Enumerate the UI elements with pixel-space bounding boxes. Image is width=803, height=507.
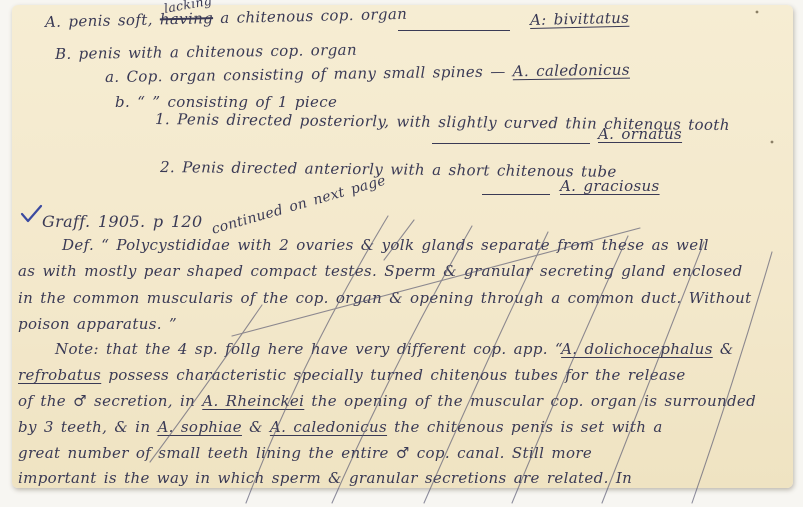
note-l2-text: possess characteristic specially turned … [101, 366, 685, 384]
note-line-4: by 3 teeth, & in A. sophiae & A. caledon… [18, 418, 663, 436]
definition-line-3: in the common muscularis of the cop. org… [18, 289, 752, 307]
note-l4-text2: the chitenous penis is set with a [387, 418, 663, 436]
citation-graff-1905: Graff. 1905. p 120 [42, 212, 202, 231]
note-l1-text: Note: that the 4 sp. follg here have ver… [55, 340, 561, 358]
key-a-corrected-word: having lacking [160, 9, 214, 28]
note-line-2: refrobatus possess characteristic specia… [18, 366, 686, 384]
key-a-text1: A. penis soft, [45, 11, 153, 31]
note-line-6: important is the way in which sperm & gr… [18, 469, 632, 487]
species-bivittatus: A: bivittatus [530, 9, 630, 29]
species-sophiae: A. sophiae [157, 418, 241, 436]
key-line-sub-b: b. “ ” consisting of 1 piece [115, 93, 337, 111]
species-caledonicus: A. caledonicus [513, 61, 630, 81]
definition-line-4: poison apparatus. ” [18, 315, 177, 333]
note-l1-amp: & [713, 340, 734, 358]
note-l3-text1: of the ♂ secretion, in [18, 392, 202, 410]
species-rheinckei: A. Rheinckei [202, 392, 304, 410]
note-l4-text1: by 3 teeth, & in [18, 418, 157, 436]
note-l3-text2: the opening of the muscular cop. organ i… [304, 392, 756, 410]
note-l4-amp: & [242, 418, 270, 436]
note-line-3: of the ♂ secretion, in A. Rheinckei the … [18, 392, 756, 410]
scanned-index-card-page: A. penis soft, having lacking a chitenou… [0, 0, 803, 507]
definition-line-1: Def. “ Polycystididae with 2 ovaries & y… [62, 236, 709, 254]
definition-line-2: as with mostly pear shaped compact teste… [18, 262, 743, 280]
species-dolichocephalus: A. dolichocephalus [561, 340, 713, 358]
species-caledonicus-2: A. caledonicus [270, 418, 387, 436]
species-ornatus: A. ornatus [598, 125, 682, 143]
note-line-5: great number of small teeth lining the e… [18, 444, 592, 462]
dash-line-graciosus [482, 194, 550, 195]
note-line-1: Note: that the 4 sp. follg here have ver… [55, 340, 734, 358]
dash-line-a [398, 30, 510, 31]
species-graciosus: A. graciosus [560, 177, 660, 195]
species-refrobatus: refrobatus [18, 366, 101, 384]
dash-line-ornatus [432, 143, 590, 144]
